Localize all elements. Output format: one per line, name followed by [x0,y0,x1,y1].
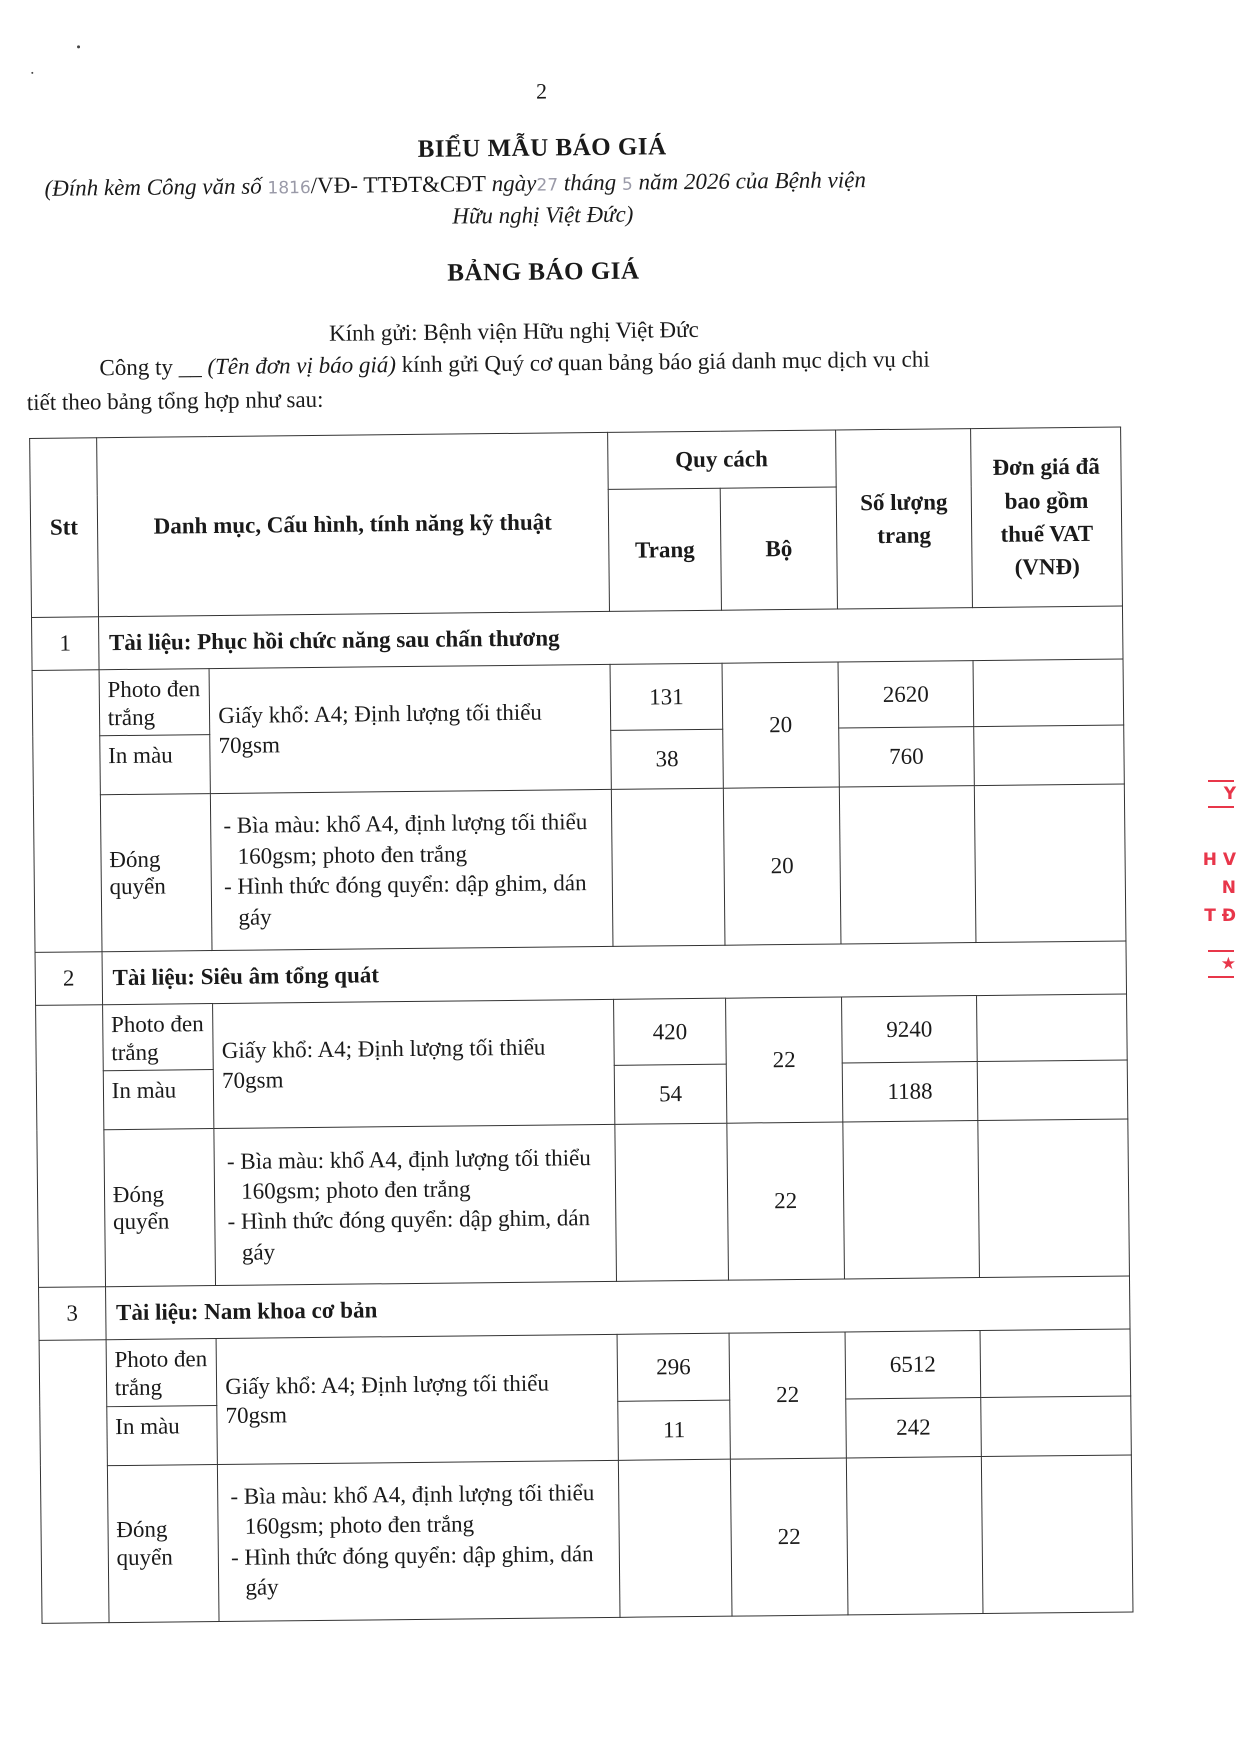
paper-spec: Giấy khổ: A4; Định lượng tối thiểu 70gsm [213,1000,615,1129]
attachment-reference-line2: Hữu nghị Việt Đức) [0,197,1093,235]
color-print-label: In màu [107,1405,218,1465]
binding-label: Đóng quyển [104,1129,216,1287]
binding-sets: 20 [724,787,841,945]
bw-pages: 131 [610,663,723,730]
table-title: BẢNG BÁO GIÁ [0,253,1094,293]
color-unit-price-cell[interactable] [978,1060,1128,1121]
paper-spec: Giấy khổ: A4; Định lượng tối thiểu 70gsm [209,664,611,793]
color-total-pages: 1188 [842,1062,978,1122]
color-total-pages: 760 [838,727,974,787]
stamp-fragment: T Đ [1204,906,1236,926]
handwritten-month: 5 [622,175,633,195]
binding-unit-price-cell[interactable] [975,784,1126,943]
color-pages: 38 [610,729,723,789]
bw-print-label: Photo đen trắng [99,669,210,736]
binding-row: Đóng quyển - Bìa màu: khổ A4, định lượng… [37,1119,1130,1287]
color-pages: 54 [614,1065,727,1125]
attachment-reference: (Đính kèm Công văn số 1816/VĐ- TTĐT&CĐT … [44,167,866,202]
bw-total-pages: 9240 [841,996,977,1064]
bw-pages: 420 [613,998,726,1065]
binding-spec-cover: - Bìa màu: khổ A4, định lượng tối thiểu … [227,1143,607,1208]
bw-print-label: Photo đen trắng [106,1339,217,1406]
color-print-label: In màu [103,1070,214,1130]
stamp-fragment: N [1222,878,1236,898]
handwritten-doc-number: 1816 [267,178,310,198]
bw-print-row: Photo đen trắng Giấy khổ: A4; Định lượng… [32,659,1124,737]
sets-count: 20 [722,662,838,788]
salutation: Kính gửi: Bệnh viện Hữu nghị Việt Đức [329,317,699,347]
page-number: 2 [0,73,1092,111]
header-pages: Trang [608,488,722,611]
binding-pages-cell [611,788,725,946]
sets-count: 22 [730,1332,846,1458]
scan-speck [31,72,33,74]
binding-label: Đóng quyển [100,794,212,952]
binding-sets: 22 [731,1458,848,1616]
intro-text: Công ty __ (Tên đơn vị báo giá) kính gửi… [99,347,930,382]
binding-pages-cell [618,1459,732,1617]
stamp-fragment: H V [1203,850,1236,870]
group-stt: 2 [35,952,102,1006]
star-icon: ★ [1221,954,1236,974]
bw-total-pages: 6512 [845,1331,981,1399]
header-spec-group: Quy cách [607,430,835,489]
binding-pages-cell [615,1124,729,1282]
binding-page-count-cell [842,1121,979,1279]
header-unit-price: Đơn giá đã bao gồm thuế VAT (VNĐ) [971,427,1123,608]
document-page: 2 BIỂU MẪU BÁO GIÁ (Đính kèm Công văn số… [0,0,1240,1753]
quote-table-body: 1 Tài liệu: Phục hồi chức năng sau chấn … [32,606,1133,1623]
binding-spec: - Bìa màu: khổ A4, định lượng tối thiểu … [214,1125,616,1286]
form-title: BIỂU MẪU BÁO GIÁ [0,129,1092,169]
binding-row: Đóng quyển - Bìa màu: khổ A4, định lượng… [40,1455,1133,1623]
handwritten-day: 27 [536,175,558,195]
bw-unit-price-cell[interactable] [977,994,1127,1062]
binding-page-count-cell [839,786,976,944]
red-seal-stamp: Y H V N T Đ ★ [1200,770,1240,1000]
binding-sets: 22 [727,1122,844,1280]
group-stt: 1 [32,617,99,671]
bw-print-row: Photo đen trắng Giấy khổ: A4; Định lượng… [39,1329,1131,1407]
bw-unit-price-cell[interactable] [973,659,1123,727]
binding-unit-price-cell[interactable] [978,1119,1129,1278]
binding-unit-price-cell[interactable] [982,1455,1133,1614]
group-stt-spacer [39,1340,109,1623]
bw-print-row: Photo đen trắng Giấy khổ: A4; Định lượng… [36,994,1128,1072]
bw-total-pages: 2620 [838,661,974,729]
binding-spec-method: - Hình thức đóng quyển: dập ghim, dán gá… [227,1203,607,1268]
bw-print-label: Photo đen trắng [102,1004,213,1071]
scan-speck [77,45,80,48]
binding-label: Đóng quyển [107,1464,219,1622]
binding-row: Đóng quyển - Bìa màu: khổ A4, định lượng… [33,784,1126,952]
binding-spec-cover: - Bìa màu: khổ A4, định lượng tối thiểu … [223,807,603,872]
binding-spec: - Bìa màu: khổ A4, định lượng tối thiểu … [218,1460,620,1621]
paper-spec: Giấy khổ: A4; Định lượng tối thiểu 70gsm [216,1335,618,1464]
color-pages: 11 [617,1400,730,1460]
binding-spec-method: - Hình thức đóng quyển: dập ghim, dán gá… [231,1538,611,1603]
group-stt: 3 [39,1287,106,1341]
group-stt-spacer [36,1005,106,1288]
header-stt: Stt [30,438,99,618]
company-placeholder: (Tên đơn vị báo giá) [207,352,396,379]
color-unit-price-cell[interactable] [974,725,1124,786]
intro-text-line2: tiết theo bảng tổng hợp như sau: [27,387,324,416]
header-description: Danh mục, Cấu hình, tính năng kỹ thuật [96,432,609,616]
binding-spec-method: - Hình thức đóng quyển: dập ghim, dán gá… [224,868,604,933]
binding-spec-cover: - Bìa màu: khổ A4, định lượng tối thiểu … [230,1478,610,1543]
header-page-count: Số lượng trang [835,429,973,609]
binding-page-count-cell [846,1456,983,1614]
header-sets: Bộ [721,487,837,610]
bw-pages: 296 [617,1334,730,1401]
color-unit-price-cell[interactable] [981,1396,1131,1457]
color-print-label: In màu [99,735,210,795]
bw-unit-price-cell[interactable] [980,1329,1130,1397]
sets-count: 22 [726,997,842,1123]
color-total-pages: 242 [845,1397,981,1457]
quote-table: Stt Danh mục, Cấu hình, tính năng kỹ thu… [29,427,1133,1624]
binding-spec: - Bìa màu: khổ A4, định lượng tối thiểu … [211,790,613,951]
group-stt-spacer [32,670,102,953]
stamp-fragment: Y [1224,784,1236,804]
